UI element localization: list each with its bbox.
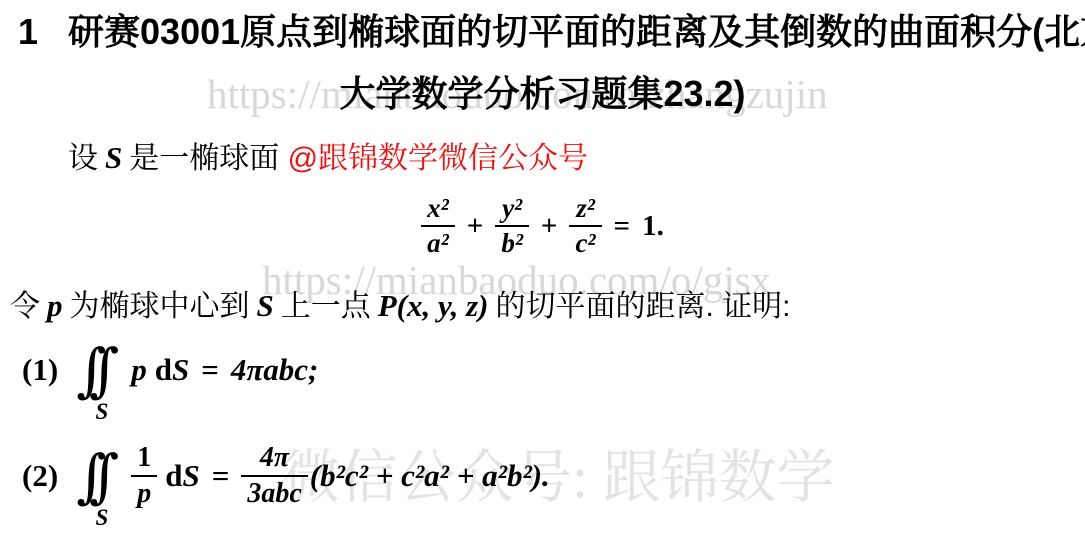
statement-seg1: 令 <box>10 290 40 323</box>
statement-sentence: 令p为椭球中心到S上一点P(x, y, z)的切平面的距离. 证明: <box>10 287 791 325</box>
intro-tail: 是一椭球面 <box>129 142 279 175</box>
wechat-note-red: @跟锦数学微信公众号 <box>288 142 588 175</box>
double-integral-icon: ∫∫ <box>76 337 119 403</box>
claim-2-equation: (2) ∫∫ S 1 p dS = 4π 3abc (b²c² + c²a² +… <box>22 441 550 511</box>
denominator: c² <box>569 225 601 260</box>
section-title-line2: 大学数学分析习题集23.2) <box>0 72 1085 115</box>
fraction-1-p: 1 p <box>131 441 157 511</box>
claim-1-rhs: 4πabc; <box>231 352 319 388</box>
intro-lead: 设 <box>68 142 98 175</box>
statement-seg4: 的切平面的距离. 证明: <box>496 290 791 323</box>
distance-symbol: p <box>47 288 63 323</box>
numerator: y² <box>496 192 528 225</box>
integral-domain: S <box>96 506 109 529</box>
differential-dS: dS <box>165 458 200 494</box>
claim-2-tail: (b²c² + c²a² + a²b²). <box>310 458 550 494</box>
fraction-4pi-3abc: 4π 3abc <box>241 441 307 511</box>
differential-S: S <box>182 458 199 493</box>
numerator: 1 <box>131 441 157 475</box>
denominator: b² <box>495 225 529 260</box>
integral-domain: S <box>96 400 109 423</box>
statement-seg2: 为椭球中心到 <box>70 290 250 323</box>
plus-operator: + <box>541 210 558 243</box>
numerator: x² <box>421 192 455 225</box>
plus-operator: + <box>467 210 484 243</box>
section-number: 1 <box>18 10 38 53</box>
point-symbol: P(x, y, z) <box>378 288 489 323</box>
section-title-line1: 1 研赛03001原点到椭球面的切平面的距离及其倒数的曲面积分(北京 <box>18 10 1085 53</box>
surface-symbol: S <box>257 288 274 323</box>
differential-S: S <box>172 352 189 387</box>
claim-1-equation: (1) ∫∫ S p dS = 4πabc; <box>22 337 318 403</box>
equation-rhs: 1. <box>642 210 664 243</box>
equals-sign: = <box>614 210 631 243</box>
section-title-text: 研赛03001原点到椭球面的切平面的距离及其倒数的曲面积分(北京 <box>68 10 1085 53</box>
fraction-z2-c2: z² c² <box>569 192 601 260</box>
fraction-x2-a2: x² a² <box>421 192 455 260</box>
denominator: 3abc <box>241 475 307 511</box>
fraction-y2-b2: y² b² <box>495 192 529 260</box>
differential-d: d <box>155 352 172 387</box>
denominator: a² <box>421 225 455 260</box>
differential-d: d <box>165 458 182 493</box>
double-integral: ∫∫ S <box>76 337 119 403</box>
double-integral-icon: ∫∫ <box>76 443 119 509</box>
differential-dS: dS <box>155 352 190 388</box>
numerator: z² <box>570 192 601 225</box>
claim-2-label: (2) <box>22 458 58 494</box>
intro-sentence: 设S是一椭球面 @跟锦数学微信公众号 <box>68 139 588 177</box>
surface-symbol: S <box>105 140 122 175</box>
equals-sign: = <box>212 458 230 494</box>
integrand-p: p <box>131 352 147 388</box>
numerator: 4π <box>254 441 295 475</box>
equals-sign: = <box>201 352 219 388</box>
double-integral: ∫∫ S <box>76 443 119 509</box>
statement-seg3: 上一点 <box>281 290 371 323</box>
denominator: p <box>131 475 157 511</box>
ellipsoid-equation: x² a² + y² b² + z² c² = 1. <box>0 192 1085 260</box>
claim-1-label: (1) <box>22 352 58 388</box>
